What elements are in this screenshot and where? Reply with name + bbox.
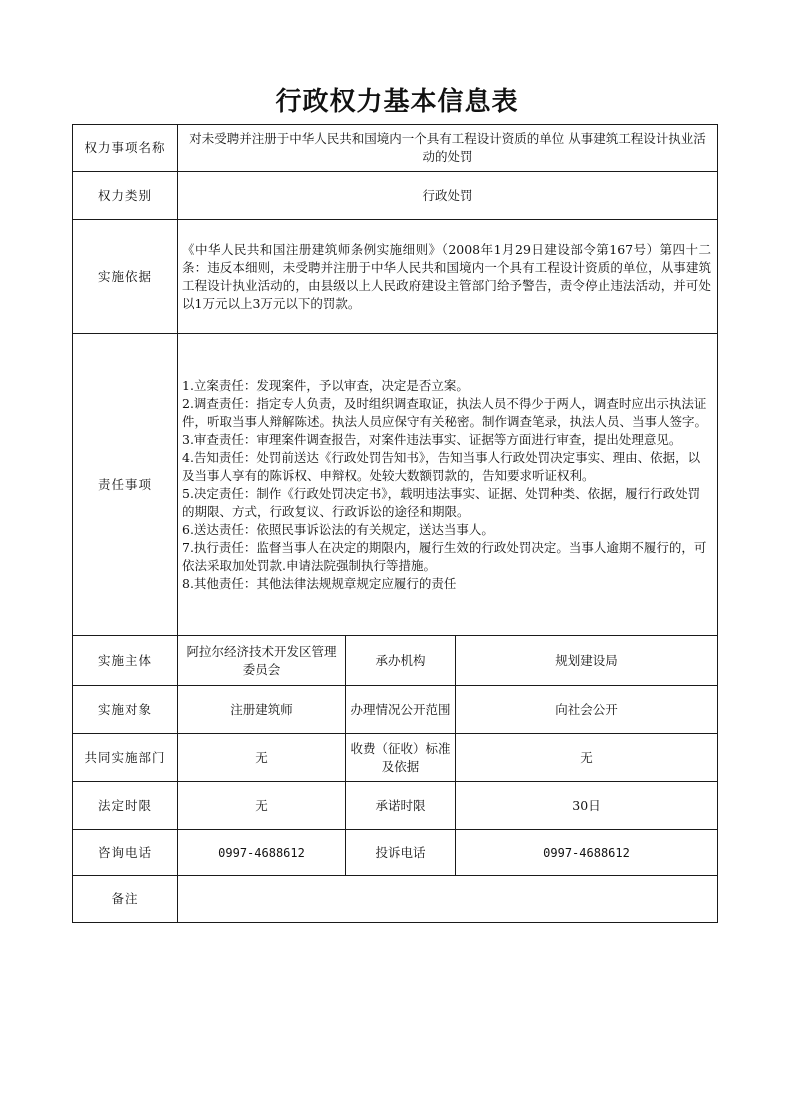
implementing-body-label: 实施主体 — [73, 636, 178, 686]
row-remarks: 备注 — [73, 876, 718, 923]
row-responsibilities: 责任事项 1.立案责任：发现案件，予以审查，决定是否立案。 2.调查责任：指定专… — [73, 334, 718, 636]
fee-standard-label: 收费（征收）标准及依据 — [346, 734, 456, 782]
responsibilities-list: 1.立案责任：发现案件，予以审查，决定是否立案。 2.调查责任：指定专人负责，及… — [178, 334, 718, 636]
legal-basis-label: 实施依据 — [73, 220, 178, 334]
power-name-value: 对未受聘并注册于中华人民共和国境内一个具有工程设计资质的单位 从事建筑工程设计执… — [178, 125, 718, 172]
complaint-phone-value: 0997-4688612 — [456, 830, 718, 876]
duty-item-4: 4.告知责任：处罚前送达《行政处罚告知书》，告知当事人行政处罚决定事实、理由、依… — [182, 449, 711, 485]
row-joint-department: 共同实施部门 无 收费（征收）标准及依据 无 — [73, 734, 718, 782]
consult-phone-label: 咨询电话 — [73, 830, 178, 876]
page-title: 行政权力基本信息表 — [0, 84, 794, 120]
handling-agency-value: 规划建设局 — [456, 636, 718, 686]
info-table: 权力事项名称 对未受聘并注册于中华人民共和国境内一个具有工程设计资质的单位 从事… — [72, 124, 718, 923]
target-value: 注册建筑师 — [178, 686, 346, 734]
duty-item-7: 7.执行责任：监督当事人在决定的期限内，履行生效的行政处罚决定。当事人逾期不履行… — [182, 539, 711, 575]
power-category-label: 权力类别 — [73, 172, 178, 220]
promised-time-limit-value: 30日 — [456, 782, 718, 830]
row-power-category: 权力类别 行政处罚 — [73, 172, 718, 220]
row-target: 实施对象 注册建筑师 办理情况公开范围 向社会公开 — [73, 686, 718, 734]
consult-phone-value: 0997-4688612 — [178, 830, 346, 876]
disclosure-scope-label: 办理情况公开范围 — [346, 686, 456, 734]
responsibilities-label: 责任事项 — [73, 334, 178, 636]
row-power-name: 权力事项名称 对未受聘并注册于中华人民共和国境内一个具有工程设计资质的单位 从事… — [73, 125, 718, 172]
legal-basis-value: 《中华人民共和国注册建筑师条例实施细则》（2008年1月29日建设部令第167号… — [178, 220, 718, 334]
duty-item-5: 5.决定责任：制作《行政处罚决定书》，载明违法事实、证据、处罚种类、依据，履行行… — [182, 485, 711, 521]
legal-time-limit-value: 无 — [178, 782, 346, 830]
fee-standard-value: 无 — [456, 734, 718, 782]
joint-department-label: 共同实施部门 — [73, 734, 178, 782]
duty-item-3: 3.审查责任：审理案件调查报告，对案件违法事实、证据等方面进行审查，提出处理意见… — [182, 431, 711, 449]
joint-department-value: 无 — [178, 734, 346, 782]
duty-item-1: 1.立案责任：发现案件，予以审查，决定是否立案。 — [182, 377, 711, 395]
implementing-body-value: 阿拉尔经济技术开发区管理委员会 — [178, 636, 346, 686]
row-legal-basis: 实施依据 《中华人民共和国注册建筑师条例实施细则》（2008年1月29日建设部令… — [73, 220, 718, 334]
row-phone: 咨询电话 0997-4688612 投诉电话 0997-4688612 — [73, 830, 718, 876]
duty-item-2: 2.调查责任：指定专人负责，及时组织调查取证，执法人员不得少于两人，调查时应出示… — [182, 395, 711, 431]
remarks-value — [178, 876, 718, 923]
row-time-limit: 法定时限 无 承诺时限 30日 — [73, 782, 718, 830]
complaint-phone-label: 投诉电话 — [346, 830, 456, 876]
disclosure-scope-value: 向社会公开 — [456, 686, 718, 734]
duty-item-6: 6.送达责任：依照民事诉讼法的有关规定，送达当事人。 — [182, 521, 711, 539]
remarks-label: 备注 — [73, 876, 178, 923]
promised-time-limit-label: 承诺时限 — [346, 782, 456, 830]
duty-item-8: 8.其他责任：其他法律法规规章规定应履行的责任 — [182, 575, 711, 593]
legal-time-limit-label: 法定时限 — [73, 782, 178, 830]
power-name-label: 权力事项名称 — [73, 125, 178, 172]
handling-agency-label: 承办机构 — [346, 636, 456, 686]
target-label: 实施对象 — [73, 686, 178, 734]
power-category-value: 行政处罚 — [178, 172, 718, 220]
row-implementing-body: 实施主体 阿拉尔经济技术开发区管理委员会 承办机构 规划建设局 — [73, 636, 718, 686]
